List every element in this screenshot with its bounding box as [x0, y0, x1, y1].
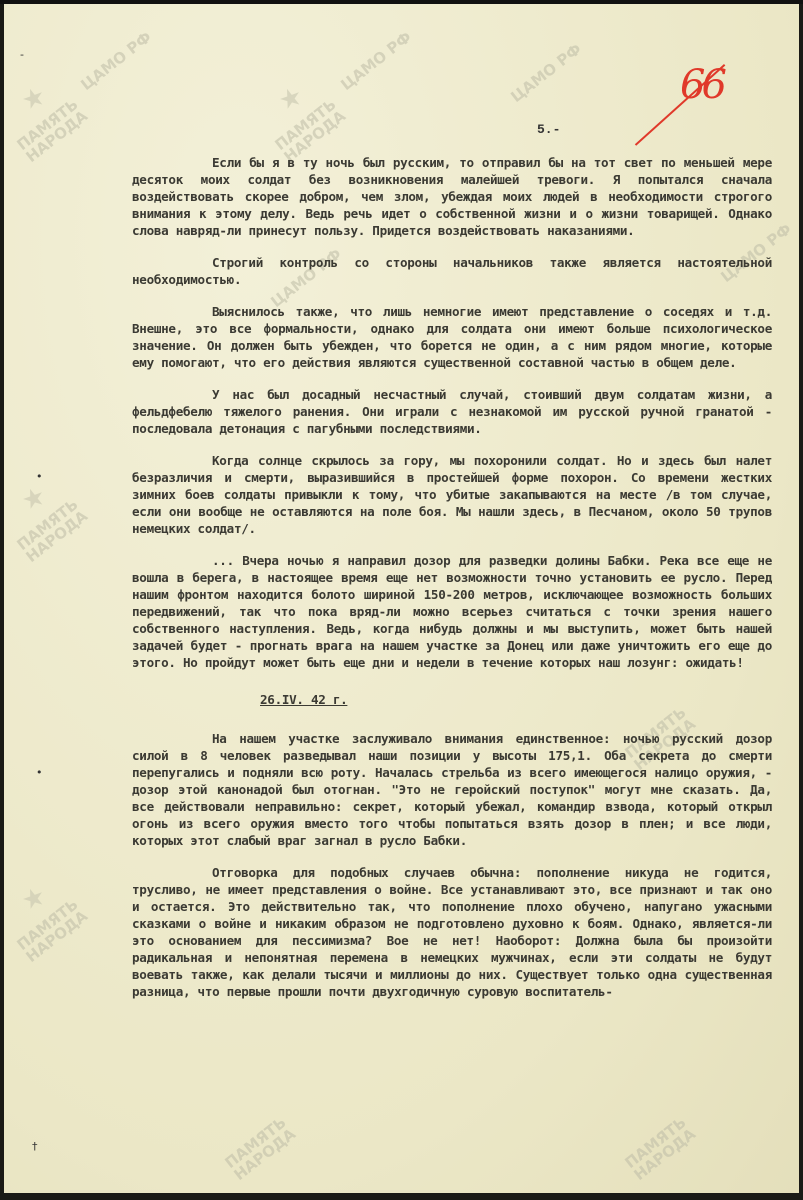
watermark-archive: ЦАМО РФ	[77, 28, 155, 94]
paragraph: Когда солнце скрылось за гору, мы похоро…	[132, 452, 772, 537]
watermark-star-icon: ★	[18, 81, 50, 117]
paragraph: Отговорка для подобных случаев обычна: п…	[132, 864, 772, 1000]
binding-hole-mark: †	[32, 1140, 38, 1153]
watermark-archive: ЦАМО РФ	[507, 40, 585, 106]
paragraph: ... Вчера ночью я направил дозор для раз…	[132, 552, 772, 671]
paragraph: Если бы я в ту ночь был русским, то отпр…	[132, 154, 772, 239]
binding-hole-mark: •	[36, 470, 43, 483]
watermark-archive: ЦАМО РФ	[337, 28, 415, 94]
paragraph: У нас был досадный несчастный случай, ст…	[132, 386, 772, 437]
watermark-star-icon: ★	[18, 881, 50, 917]
page-number: 5.-	[537, 122, 560, 137]
paragraph: Выяснилось также, что лишь немногие имею…	[132, 303, 772, 371]
watermark-project: ПАМЯТЬНАРОДА	[222, 1115, 298, 1184]
date-heading: 26.IV. 42 г.	[260, 691, 772, 708]
binding-hole-mark: •	[36, 766, 43, 779]
paragraph: Строгий контроль со стороны начальников …	[132, 254, 772, 288]
document-body: Если бы я в ту ночь был русским, то отпр…	[132, 154, 772, 1015]
watermark-project: ПАМЯТЬНАРОДА	[622, 1115, 698, 1184]
watermark-star-icon: ★	[18, 481, 50, 517]
binding-hole-mark: -	[20, 48, 24, 61]
document-page: ЦАМО РФ ЦАМО РФ ЦАМО РФ ЦАМО РФ ЦАМО РФ …	[4, 4, 799, 1193]
paragraph: На нашем участке заслуживало внимания ед…	[132, 730, 772, 849]
watermark-star-icon: ★	[275, 81, 307, 117]
